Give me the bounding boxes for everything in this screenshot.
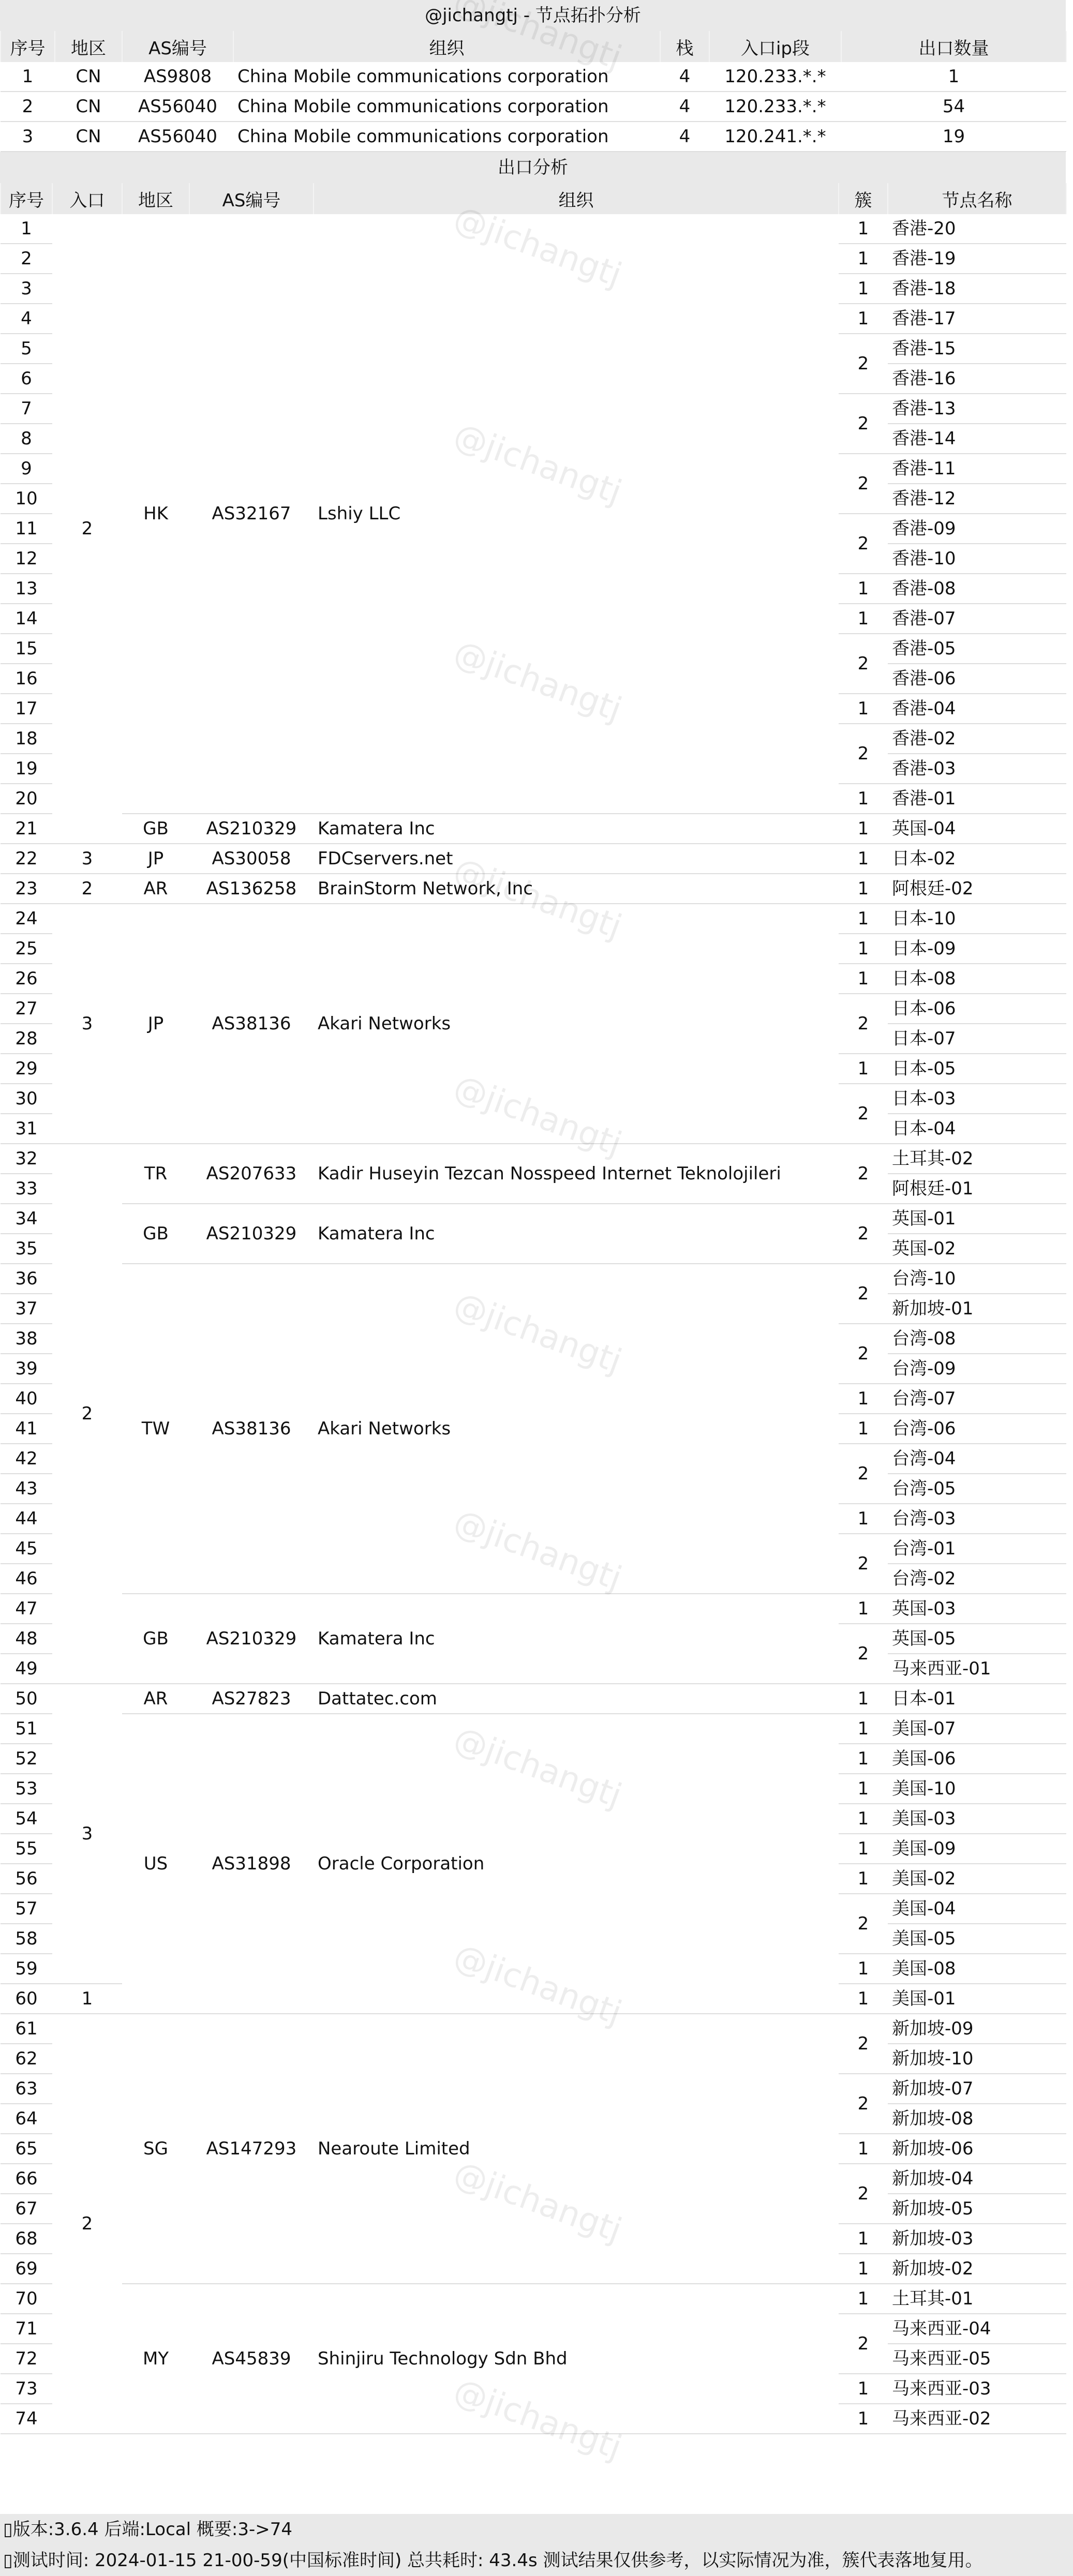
node-name-cell: 美国-02: [888, 1864, 1066, 1894]
node-name-cell: 英国-02: [888, 1234, 1066, 1264]
cluster-cell: 1: [839, 244, 888, 274]
row-number: 68: [1, 2224, 52, 2254]
cluster-cell: 1: [839, 934, 888, 964]
node-name-cell: 台湾-01: [888, 1534, 1066, 1564]
node-name-cell: 马来西亚-01: [888, 1654, 1066, 1684]
cluster-cell: 2: [839, 2014, 888, 2074]
cluster-cell: 1: [839, 1744, 888, 1774]
row-number: 26: [1, 964, 52, 994]
row-number: 7: [1, 394, 52, 424]
node-name-cell: 香港-01: [888, 784, 1066, 814]
organization-cell: Akari Networks: [314, 1264, 839, 1594]
node-name-cell: 新加坡-08: [888, 2104, 1066, 2134]
column-header: 簇: [839, 183, 888, 214]
row-number: 1: [1, 214, 52, 244]
cluster-cell: 1: [839, 1594, 888, 1624]
organization-cell: BrainStorm Network, Inc: [314, 874, 839, 904]
table-row: 612SGAS147293Nearoute Limited2新加坡-09: [1, 2014, 1066, 2044]
row-number: 22: [1, 844, 52, 874]
cluster-cell: 1: [839, 874, 888, 904]
cluster-cell: 1: [839, 1864, 888, 1894]
node-name-cell: 香港-16: [888, 364, 1066, 394]
organization-cell: Oracle Corporation: [314, 1714, 839, 2014]
table-row: 21GBAS210329Kamatera Inc1英国-04: [1, 814, 1066, 844]
column-header: 入口: [52, 183, 122, 214]
organization-cell: Dattatec.com: [314, 1684, 839, 1714]
row-number: 16: [1, 664, 52, 694]
cluster-cell: 1: [839, 1414, 888, 1444]
footer-version: ▯版本:3.6.4 后端:Local 概要:3->74: [0, 2514, 1073, 2545]
cluster-cell: 1: [839, 1504, 888, 1534]
row-number: 41: [1, 1414, 52, 1444]
node-name-cell: 美国-01: [888, 1984, 1066, 2014]
report: @jichangtj - 节点拓扑分析 序号地区AS编号组织栈入口ip段出口数量…: [0, 0, 1066, 2434]
table-row: 243JPAS38136Akari Networks1日本-10: [1, 904, 1066, 934]
node-name-cell: 马来西亚-02: [888, 2404, 1066, 2434]
row-number: 60: [1, 1984, 52, 2014]
row-number: 56: [1, 1864, 52, 1894]
row-number: 48: [1, 1624, 52, 1654]
region-cell: MY: [122, 2284, 189, 2434]
cluster-cell: 2: [839, 334, 888, 394]
table-cell: China Mobile communications corporation: [233, 62, 660, 92]
entry-cell: 3: [52, 904, 122, 1144]
row-number: 34: [1, 1204, 52, 1234]
row-number: 31: [1, 1114, 52, 1144]
cluster-cell: 1: [839, 1384, 888, 1414]
node-name-cell: 马来西亚-03: [888, 2374, 1066, 2404]
row-number: 30: [1, 1084, 52, 1114]
row-number: 11: [1, 514, 52, 544]
row-number: 52: [1, 1744, 52, 1774]
row-number: 71: [1, 2314, 52, 2344]
cluster-cell: 1: [839, 1774, 888, 1804]
row-number: 74: [1, 2404, 52, 2434]
row-number: 33: [1, 1174, 52, 1204]
node-name-cell: 美国-06: [888, 1744, 1066, 1774]
row-number: 29: [1, 1054, 52, 1084]
as-number-cell: AS210329: [189, 1204, 314, 1264]
cluster-cell: 1: [839, 2404, 888, 2434]
table-row: 1CNAS9808China Mobile communications cor…: [1, 62, 1066, 92]
node-name-cell: 香港-14: [888, 424, 1066, 454]
row-number: 46: [1, 1564, 52, 1594]
table-row: 3CNAS56040China Mobile communications co…: [1, 122, 1066, 152]
node-name-cell: 台湾-07: [888, 1384, 1066, 1414]
as-number-cell: AS38136: [189, 904, 314, 1144]
table-cell: 4: [660, 122, 709, 152]
row-number: 18: [1, 724, 52, 754]
cluster-cell: 1: [839, 1684, 888, 1714]
cluster-cell: 1: [839, 274, 888, 304]
node-name-cell: 土耳其-02: [888, 1144, 1066, 1174]
node-name-cell: 香港-02: [888, 724, 1066, 754]
table-row: 322TRAS207633Kadir Huseyin Tezcan Nosspe…: [1, 1144, 1066, 1174]
row-number: 32: [1, 1144, 52, 1174]
entry-cell: 2: [52, 1144, 122, 1684]
as-number-cell: AS31898: [189, 1714, 314, 2014]
organization-cell: Lshiy LLC: [314, 214, 839, 814]
node-name-cell: 日本-04: [888, 1114, 1066, 1144]
node-name-cell: 马来西亚-04: [888, 2314, 1066, 2344]
row-number: 27: [1, 994, 52, 1024]
row-number: 61: [1, 2014, 52, 2044]
row-number: 47: [1, 1594, 52, 1624]
column-header: 序号: [1, 183, 52, 214]
cluster-cell: 2: [839, 394, 888, 454]
column-header: 栈: [660, 31, 709, 62]
egress-table: 序号入口地区AS编号组织簇节点名称 12HKAS32167Lshiy LLC1香…: [0, 183, 1067, 2434]
egress-header-row: 序号入口地区AS编号组织簇节点名称: [1, 183, 1066, 214]
organization-cell: Kadir Huseyin Tezcan Nosspeed Internet T…: [314, 1144, 839, 1204]
node-name-cell: 美国-05: [888, 1924, 1066, 1954]
table-cell: 1: [841, 62, 1066, 92]
row-number: 36: [1, 1264, 52, 1294]
row-number: 53: [1, 1774, 52, 1804]
cluster-cell: 1: [839, 2224, 888, 2254]
row-number: 40: [1, 1384, 52, 1414]
node-name-cell: 新加坡-03: [888, 2224, 1066, 2254]
cluster-cell: 1: [839, 2134, 888, 2164]
cluster-cell: 2: [839, 1444, 888, 1504]
row-number: 17: [1, 694, 52, 724]
node-name-cell: 香港-09: [888, 514, 1066, 544]
row-number: 9: [1, 454, 52, 484]
entry-cell: 3: [52, 844, 122, 874]
region-cell: GB: [122, 1594, 189, 1684]
cluster-cell: 2: [839, 724, 888, 784]
node-name-cell: 日本-03: [888, 1084, 1066, 1114]
topology-table: 序号地区AS编号组织栈入口ip段出口数量 1CNAS9808China Mobi…: [0, 31, 1067, 152]
node-name-cell: 日本-01: [888, 1684, 1066, 1714]
row-number: 45: [1, 1534, 52, 1564]
node-name-cell: 香港-07: [888, 604, 1066, 634]
node-name-cell: 美国-03: [888, 1804, 1066, 1834]
as-number-cell: AS32167: [189, 214, 314, 814]
row-number: 51: [1, 1714, 52, 1744]
node-name-cell: 英国-01: [888, 1204, 1066, 1234]
column-header: 节点名称: [888, 183, 1066, 214]
row-number: 3: [1, 274, 52, 304]
as-number-cell: AS207633: [189, 1144, 314, 1204]
table-row: 223JPAS30058FDCservers.net1日本-02: [1, 844, 1066, 874]
cluster-cell: 2: [839, 1264, 888, 1324]
column-header: 入口ip段: [709, 31, 841, 62]
node-name-cell: 美国-09: [888, 1834, 1066, 1864]
entry-cell: 1: [52, 1984, 122, 2014]
cluster-cell: 1: [839, 694, 888, 724]
node-name-cell: 美国-07: [888, 1714, 1066, 1744]
node-name-cell: 英国-05: [888, 1624, 1066, 1654]
node-name-cell: 新加坡-04: [888, 2164, 1066, 2194]
node-name-cell: 日本-10: [888, 904, 1066, 934]
node-name-cell: 香港-15: [888, 334, 1066, 364]
region-cell: AR: [122, 874, 189, 904]
table-cell: China Mobile communications corporation: [233, 92, 660, 122]
table-cell: 120.233.*.*: [709, 62, 841, 92]
as-number-cell: AS27823: [189, 1684, 314, 1714]
node-name-cell: 台湾-05: [888, 1474, 1066, 1504]
region-cell: TW: [122, 1264, 189, 1594]
cluster-cell: 2: [839, 1534, 888, 1594]
row-number: 59: [1, 1954, 52, 1984]
region-cell: JP: [122, 904, 189, 1144]
row-number: 55: [1, 1834, 52, 1864]
row-number: 58: [1, 1924, 52, 1954]
region-cell: GB: [122, 1204, 189, 1264]
cluster-cell: 2: [839, 1144, 888, 1204]
as-number-cell: AS147293: [189, 2014, 314, 2284]
node-name-cell: 新加坡-01: [888, 1294, 1066, 1324]
table-cell: 54: [841, 92, 1066, 122]
node-name-cell: 日本-08: [888, 964, 1066, 994]
cluster-cell: 1: [839, 304, 888, 334]
node-name-cell: 日本-05: [888, 1054, 1066, 1084]
node-name-cell: 香港-11: [888, 454, 1066, 484]
row-number: 19: [1, 754, 52, 784]
cluster-cell: 1: [839, 2284, 888, 2314]
cluster-cell: 1: [839, 574, 888, 604]
row-number: 20: [1, 784, 52, 814]
node-name-cell: 新加坡-02: [888, 2254, 1066, 2284]
row-number: 73: [1, 2374, 52, 2404]
as-number-cell: AS210329: [189, 814, 314, 844]
row-number: 67: [1, 2194, 52, 2224]
row-number: 28: [1, 1024, 52, 1054]
node-name-cell: 日本-07: [888, 1024, 1066, 1054]
cluster-cell: 2: [839, 1624, 888, 1684]
cluster-cell: 1: [839, 784, 888, 814]
cluster-cell: 2: [839, 2164, 888, 2224]
node-name-cell: 日本-09: [888, 934, 1066, 964]
table-row: 34GBAS210329Kamatera Inc2英国-01: [1, 1204, 1066, 1234]
cluster-cell: 2: [839, 634, 888, 694]
region-cell: TR: [122, 1144, 189, 1204]
node-name-cell: 英国-04: [888, 814, 1066, 844]
row-number: 14: [1, 604, 52, 634]
table-row: 232ARAS136258BrainStorm Network, Inc1阿根廷…: [1, 874, 1066, 904]
node-name-cell: 马来西亚-05: [888, 2344, 1066, 2374]
row-number: 13: [1, 574, 52, 604]
table-cell: 4: [660, 92, 709, 122]
row-number: 66: [1, 2164, 52, 2194]
cluster-cell: 2: [839, 1894, 888, 1954]
row-number: 37: [1, 1294, 52, 1324]
organization-cell: Kamatera Inc: [314, 814, 839, 844]
as-number-cell: AS30058: [189, 844, 314, 874]
node-name-cell: 台湾-03: [888, 1504, 1066, 1534]
table-row: 2CNAS56040China Mobile communications co…: [1, 92, 1066, 122]
row-number: 25: [1, 934, 52, 964]
row-number: 12: [1, 544, 52, 574]
table-cell: CN: [55, 62, 122, 92]
table-row: 51USAS31898Oracle Corporation1美国-07: [1, 1714, 1066, 1744]
node-name-cell: 台湾-09: [888, 1354, 1066, 1384]
cluster-cell: 1: [839, 1054, 888, 1084]
region-cell: AR: [122, 1684, 189, 1714]
cluster-cell: 1: [839, 1984, 888, 2014]
region-cell: US: [122, 1714, 189, 2014]
cluster-cell: 1: [839, 604, 888, 634]
row-number: 6: [1, 364, 52, 394]
as-number-cell: AS45839: [189, 2284, 314, 2434]
table-cell: 4: [660, 62, 709, 92]
table-cell: China Mobile communications corporation: [233, 122, 660, 152]
table-cell: 120.241.*.*: [709, 122, 841, 152]
region-cell: GB: [122, 814, 189, 844]
column-header: 组织: [233, 31, 660, 62]
row-number: 62: [1, 2044, 52, 2074]
organization-cell: Shinjiru Technology Sdn Bhd: [314, 2284, 839, 2434]
node-name-cell: 美国-08: [888, 1954, 1066, 1984]
row-number: 38: [1, 1324, 52, 1354]
organization-cell: Nearoute Limited: [314, 2014, 839, 2284]
topology-header-row: 序号地区AS编号组织栈入口ip段出口数量: [1, 31, 1066, 62]
table-cell: 120.233.*.*: [709, 92, 841, 122]
node-name-cell: 新加坡-09: [888, 2014, 1066, 2044]
cluster-cell: 1: [839, 214, 888, 244]
organization-cell: Akari Networks: [314, 904, 839, 1144]
table-cell: CN: [55, 122, 122, 152]
cluster-cell: 2: [839, 514, 888, 574]
node-name-cell: 美国-10: [888, 1774, 1066, 1804]
node-name-cell: 香港-18: [888, 274, 1066, 304]
column-header: AS编号: [122, 31, 233, 62]
row-number: 10: [1, 484, 52, 514]
table-cell: AS9808: [122, 62, 233, 92]
organization-cell: Kamatera Inc: [314, 1594, 839, 1684]
cluster-cell: 1: [839, 1954, 888, 1984]
cluster-cell: 1: [839, 844, 888, 874]
node-name-cell: 阿根廷-01: [888, 1174, 1066, 1204]
row-number: 54: [1, 1804, 52, 1834]
table-cell: 1: [1, 62, 55, 92]
region-cell: JP: [122, 844, 189, 874]
node-name-cell: 新加坡-06: [888, 2134, 1066, 2164]
node-name-cell: 阿根廷-02: [888, 874, 1066, 904]
cluster-cell: 1: [839, 1804, 888, 1834]
row-number: 64: [1, 2104, 52, 2134]
row-number: 35: [1, 1234, 52, 1264]
as-number-cell: AS210329: [189, 1594, 314, 1684]
cluster-cell: 2: [839, 994, 888, 1054]
row-number: 65: [1, 2134, 52, 2164]
node-name-cell: 香港-20: [888, 214, 1066, 244]
cluster-cell: 1: [839, 964, 888, 994]
node-name-cell: 香港-10: [888, 544, 1066, 574]
row-number: 72: [1, 2344, 52, 2374]
node-name-cell: 香港-06: [888, 664, 1066, 694]
row-number: 50: [1, 1684, 52, 1714]
cluster-cell: 1: [839, 1714, 888, 1744]
row-number: 43: [1, 1474, 52, 1504]
node-name-cell: 香港-04: [888, 694, 1066, 724]
table-row: 70MYAS45839Shinjiru Technology Sdn Bhd1土…: [1, 2284, 1066, 2314]
row-number: 42: [1, 1444, 52, 1474]
node-name-cell: 新加坡-07: [888, 2074, 1066, 2104]
row-number: 21: [1, 814, 52, 844]
row-number: 63: [1, 2074, 52, 2104]
column-header: 序号: [1, 31, 55, 62]
row-number: 69: [1, 2254, 52, 2284]
entry-cell: 3: [52, 1684, 122, 1984]
node-name-cell: 香港-19: [888, 244, 1066, 274]
table-row: 36TWAS38136Akari Networks2台湾-10: [1, 1264, 1066, 1294]
node-name-cell: 台湾-10: [888, 1264, 1066, 1294]
node-name-cell: 香港-12: [888, 484, 1066, 514]
node-name-cell: 日本-02: [888, 844, 1066, 874]
table-cell: AS56040: [122, 92, 233, 122]
table-cell: CN: [55, 92, 122, 122]
node-name-cell: 新加坡-05: [888, 2194, 1066, 2224]
cluster-cell: 2: [839, 2314, 888, 2374]
row-number: 24: [1, 904, 52, 934]
entry-cell: 2: [52, 874, 122, 904]
as-number-cell: AS136258: [189, 874, 314, 904]
row-number: 23: [1, 874, 52, 904]
node-name-cell: 台湾-04: [888, 1444, 1066, 1474]
row-number: 8: [1, 424, 52, 454]
footer-test-info: ▯测试时间: 2024-01-15 21-00-59(中国标准时间) 总共耗时:…: [0, 2545, 1073, 2576]
row-number: 70: [1, 2284, 52, 2314]
cluster-cell: 1: [839, 814, 888, 844]
row-number: 49: [1, 1654, 52, 1684]
topology-title: @jichangtj - 节点拓扑分析: [0, 0, 1066, 31]
column-header: AS编号: [189, 183, 314, 214]
table-row: 503ARAS27823Dattatec.com1日本-01: [1, 1684, 1066, 1714]
cluster-cell: 1: [839, 904, 888, 934]
cluster-cell: 2: [839, 454, 888, 514]
table-cell: AS56040: [122, 122, 233, 152]
table-row: 47GBAS210329Kamatera Inc1英国-03: [1, 1594, 1066, 1624]
row-number: 5: [1, 334, 52, 364]
cluster-cell: 1: [839, 2254, 888, 2284]
column-header: 出口数量: [841, 31, 1066, 62]
column-header: 地区: [55, 31, 122, 62]
as-number-cell: AS38136: [189, 1264, 314, 1594]
row-number: 44: [1, 1504, 52, 1534]
node-name-cell: 土耳其-01: [888, 2284, 1066, 2314]
region-cell: HK: [122, 214, 189, 814]
cluster-cell: 2: [839, 1084, 888, 1144]
cluster-cell: 1: [839, 1834, 888, 1864]
node-name-cell: 香港-13: [888, 394, 1066, 424]
node-name-cell: 日本-06: [888, 994, 1066, 1024]
entry-cell: 2: [52, 214, 122, 844]
column-header: 组织: [314, 183, 839, 214]
node-name-cell: 香港-08: [888, 574, 1066, 604]
row-number: 15: [1, 634, 52, 664]
table-cell: 19: [841, 122, 1066, 152]
node-name-cell: 台湾-08: [888, 1324, 1066, 1354]
node-name-cell: 香港-05: [888, 634, 1066, 664]
cluster-cell: 2: [839, 1204, 888, 1264]
row-number: 39: [1, 1354, 52, 1384]
cluster-cell: 1: [839, 2374, 888, 2404]
organization-cell: Kamatera Inc: [314, 1204, 839, 1264]
node-name-cell: 香港-03: [888, 754, 1066, 784]
node-name-cell: 台湾-02: [888, 1564, 1066, 1594]
node-name-cell: 台湾-06: [888, 1414, 1066, 1444]
organization-cell: FDCservers.net: [314, 844, 839, 874]
node-name-cell: 美国-04: [888, 1894, 1066, 1924]
egress-title: 出口分析: [0, 152, 1066, 183]
column-header: 地区: [122, 183, 189, 214]
row-number: 4: [1, 304, 52, 334]
cluster-cell: 2: [839, 2074, 888, 2134]
table-row: 12HKAS32167Lshiy LLC1香港-20: [1, 214, 1066, 244]
row-number: 2: [1, 244, 52, 274]
